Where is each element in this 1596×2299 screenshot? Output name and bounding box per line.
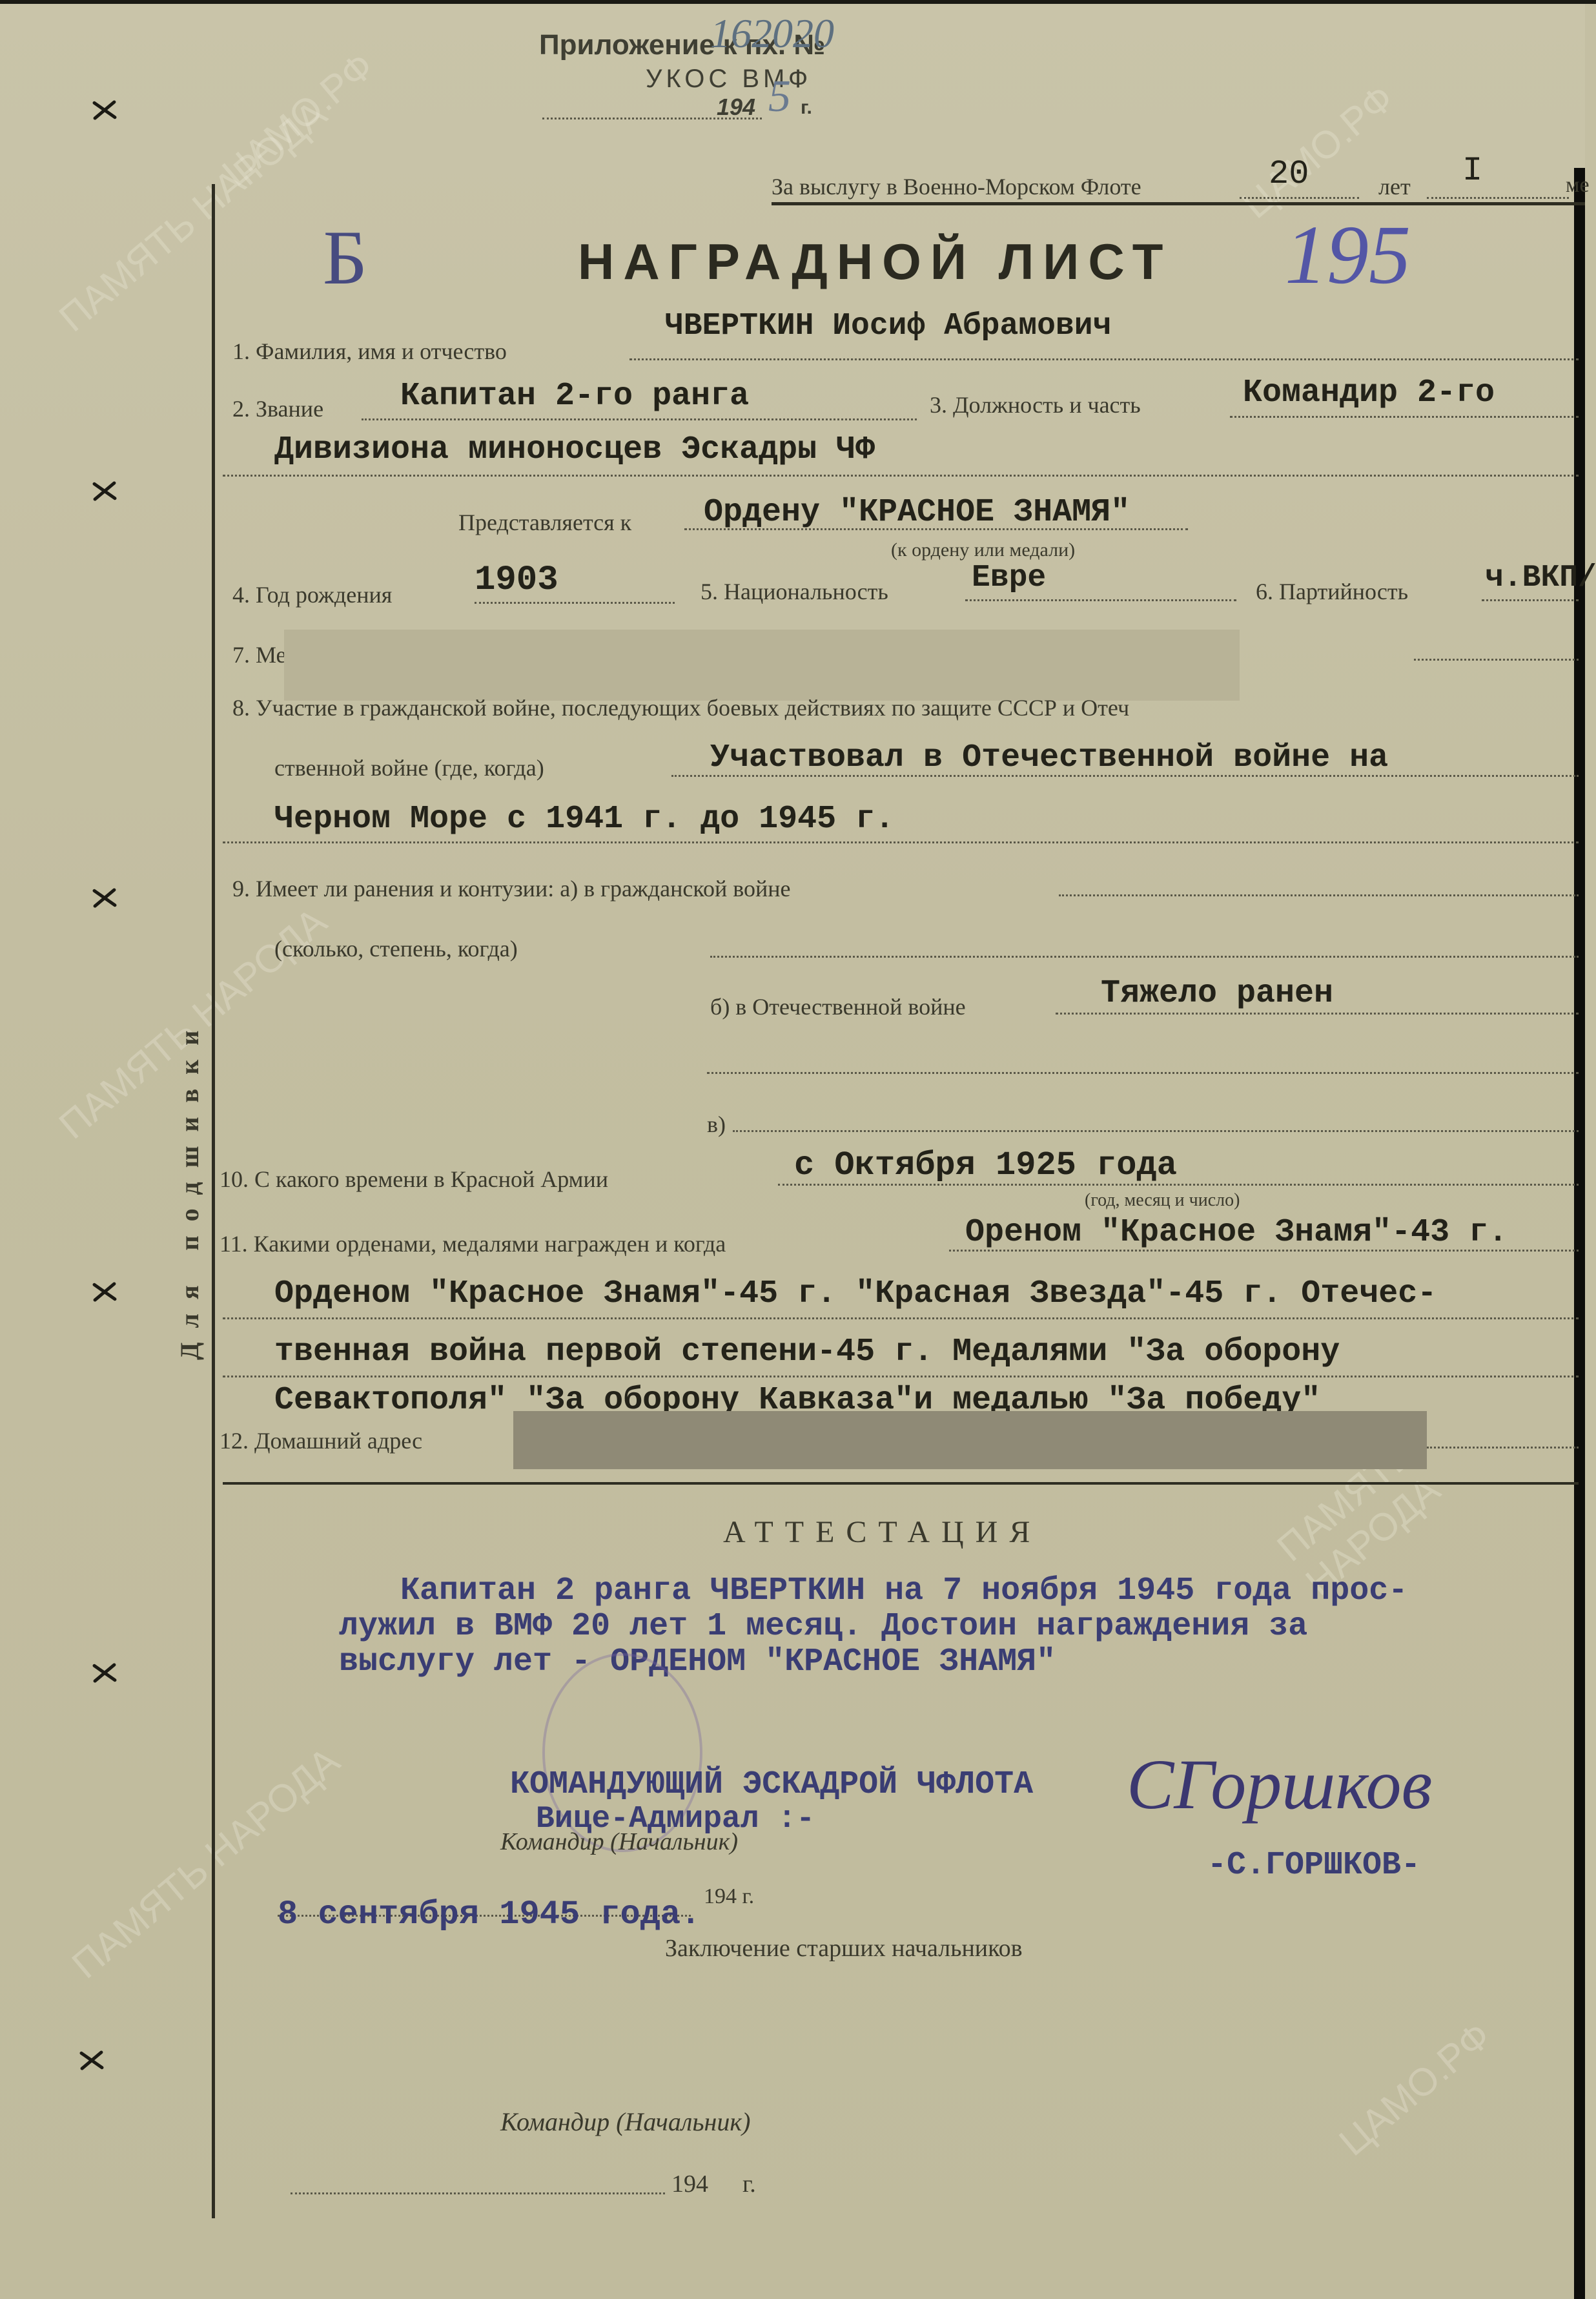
field-7-line bbox=[1414, 659, 1579, 661]
field-1-line bbox=[629, 358, 1579, 360]
years-dotted-line bbox=[1240, 197, 1359, 199]
months-dotted-line bbox=[1427, 197, 1569, 199]
field-8-label-line-2: ственной войне (где, когда) bbox=[274, 754, 544, 781]
nominated-hint: (к ордену или медали) bbox=[891, 539, 1075, 561]
attestation-text-line-1: Капитан 2 ранга ЧВЕРТКИН на 7 ноября 194… bbox=[400, 1572, 1407, 1609]
stamp-number-handwritten: 162020 bbox=[710, 10, 834, 57]
field-9-hint: (сколько, степень, когда) bbox=[274, 935, 518, 962]
watermark: ПАМЯТЬ НАРОДА bbox=[63, 1738, 348, 1987]
field-11-label: 11. Какими орденами, медалями награжден … bbox=[220, 1230, 726, 1257]
field-6-label: 6. Партийность bbox=[1256, 578, 1408, 605]
watermark: ЦАМО.РФ bbox=[1331, 2013, 1499, 2165]
field-9a-line bbox=[1059, 894, 1579, 896]
birth-year-value: 1903 bbox=[475, 561, 558, 600]
footer-date-line bbox=[291, 2192, 665, 2194]
margin-line bbox=[212, 184, 215, 2218]
field-1-label: 1. Фамилия, имя и отчество bbox=[232, 338, 507, 365]
attestation-rule bbox=[223, 1482, 1579, 1485]
field-9-label: 9. Имеет ли ранения и контузии: а) в гра… bbox=[232, 875, 791, 902]
field-11-line-3 bbox=[223, 1376, 1579, 1377]
field-4-label: 4. Год рождения bbox=[232, 581, 392, 608]
field-2-line bbox=[362, 418, 917, 420]
field-10-line bbox=[778, 1184, 1579, 1186]
field-3-line-2 bbox=[223, 475, 1579, 477]
war-participation-line-1: Участвовал в Отечественной войне на bbox=[710, 739, 1388, 776]
attestation-text-line-3: выслугу лет - ОРДЕНОМ "КРАСНОЕ ЗНАМЯ" bbox=[339, 1644, 1056, 1680]
footer-date-year: 194 bbox=[671, 2170, 708, 2198]
stamp-year-unit: г. bbox=[801, 97, 812, 119]
punch-hole-icon bbox=[90, 478, 116, 504]
nominated-line bbox=[684, 528, 1188, 530]
position-value-line-2: Дивизиона миноносцев Эскадры ЧФ bbox=[274, 431, 875, 468]
handwritten-number: 195 bbox=[1285, 207, 1411, 304]
awards-value-line-2: Орденом "Красное Знамя"-45 г. "Красная З… bbox=[274, 1275, 1437, 1312]
scan-right-edge bbox=[1574, 168, 1585, 2299]
field-11-line-2 bbox=[223, 1317, 1579, 1319]
stamp-year: 194 bbox=[717, 94, 755, 121]
attestation-date: 8 сентября 1945 года. bbox=[278, 1895, 701, 1933]
date-printed-year: 194 г. bbox=[704, 1884, 754, 1909]
field-9b-line-2 bbox=[707, 1072, 1579, 1074]
corner-mark-handwritten: Б bbox=[323, 213, 367, 302]
field-4-line bbox=[475, 602, 675, 604]
wounds-value: Тяжело ранен bbox=[1101, 975, 1333, 1012]
watermark: ЦАМО.РФ bbox=[214, 43, 382, 195]
field-10-hint: (год, месяц и число) bbox=[1085, 1190, 1240, 1211]
years-label: лет bbox=[1378, 173, 1411, 200]
commander-label: Командир (Начальник) bbox=[500, 1828, 738, 1856]
stamp-year-handwritten: 5 bbox=[768, 71, 791, 123]
awards-value-line-1: Оpеном "Красное Знамя"-43 г. bbox=[965, 1214, 1508, 1251]
birthplace-redacted bbox=[284, 630, 1240, 701]
nationality-value: Евре bbox=[972, 561, 1046, 595]
field-9v-line bbox=[733, 1130, 1579, 1132]
position-value-line-1: Командир 2-го bbox=[1243, 375, 1495, 411]
signer-title: КОМАНДУЮЩИЙ ЭСКАДРОЙ ЧФЛОТА bbox=[510, 1766, 1033, 1803]
footer-date-unit: г. bbox=[742, 2170, 756, 2198]
field-9v-label: в) bbox=[707, 1111, 726, 1138]
attestation-text-line-2: лужил в ВМФ 20 лет 1 месяц. Достоин нагр… bbox=[339, 1608, 1307, 1645]
field-8-line-1 bbox=[671, 775, 1579, 777]
months-label: ме bbox=[1566, 173, 1590, 198]
conclusion-label: Заключение старших начальников bbox=[665, 1934, 1023, 1963]
field-6-line bbox=[1482, 599, 1579, 601]
field-3-label: 3. Должность и часть bbox=[930, 391, 1141, 418]
field-2-label: 2. Звание bbox=[232, 395, 323, 422]
nominated-award-value: Ордену "КРАСНОЕ ЗНАМЯ" bbox=[704, 494, 1130, 531]
field-8-label-line-1: 8. Участие в гражданской войне, последую… bbox=[232, 694, 1129, 721]
service-length-label: За выслугу в Военно-Морском Флоте bbox=[772, 173, 1141, 200]
signer-name: -С.ГОРШКОВ- bbox=[1207, 1847, 1420, 1884]
field-5-line bbox=[965, 599, 1236, 601]
service-years-value: 20 bbox=[1269, 155, 1309, 193]
rank-value: Капитан 2-го ранга bbox=[400, 378, 749, 415]
full-name-value: ЧВЕРТКИН Иосиф Абрамович bbox=[665, 309, 1111, 344]
field-9b-label: б) в Отечественной войне bbox=[710, 993, 966, 1020]
attestation-title: АТТЕСТАЦИЯ bbox=[723, 1514, 1041, 1550]
punch-hole-icon bbox=[90, 885, 116, 911]
field-5-label: 5. Национальность bbox=[701, 578, 888, 605]
handwritten-signature: СГоршков bbox=[1127, 1744, 1432, 1826]
binding-margin-label: Для подшивки bbox=[174, 969, 207, 1408]
punch-hole-icon bbox=[90, 1279, 116, 1304]
field-9a-line-2 bbox=[710, 956, 1579, 958]
service-start-value: с Октября 1925 года bbox=[794, 1146, 1177, 1184]
punch-hole-icon bbox=[90, 97, 116, 123]
war-participation-line-2: Черном Море с 1941 г. до 1945 г. bbox=[274, 801, 894, 838]
field-3-line bbox=[1230, 416, 1579, 418]
field-11-line-1 bbox=[949, 1250, 1579, 1252]
home-address-redacted bbox=[513, 1411, 1427, 1469]
party-value: ч.ВКП/ bbox=[1485, 561, 1596, 595]
page-title: НАГРАДНОЙ ЛИСТ bbox=[578, 232, 1172, 291]
field-9b-line bbox=[1056, 1013, 1579, 1015]
footer-commander-label: Командир (Начальник) bbox=[500, 2107, 750, 2137]
field-12-label: 12. Домашний адрес bbox=[220, 1427, 422, 1454]
punch-hole-icon bbox=[90, 1660, 116, 1686]
nominated-label: Представляется к bbox=[458, 509, 631, 536]
punch-hole-icon bbox=[77, 2047, 103, 2073]
field-10-label: 10. С какого времени в Красной Армии bbox=[220, 1166, 608, 1193]
header-rule bbox=[772, 202, 1585, 205]
field-12-line bbox=[1427, 1447, 1579, 1448]
service-months-value: I bbox=[1462, 152, 1482, 190]
award-sheet-page: ПАМЯТЬ НАРОДА ЦАМО.РФ ПАМЯТЬ НАРОДА ЦАМО… bbox=[0, 0, 1585, 2299]
awards-value-line-3: твенная война первой степени-45 г. Медал… bbox=[274, 1334, 1340, 1370]
scan-top-edge bbox=[0, 0, 1596, 4]
field-8-line-2 bbox=[223, 841, 1579, 843]
